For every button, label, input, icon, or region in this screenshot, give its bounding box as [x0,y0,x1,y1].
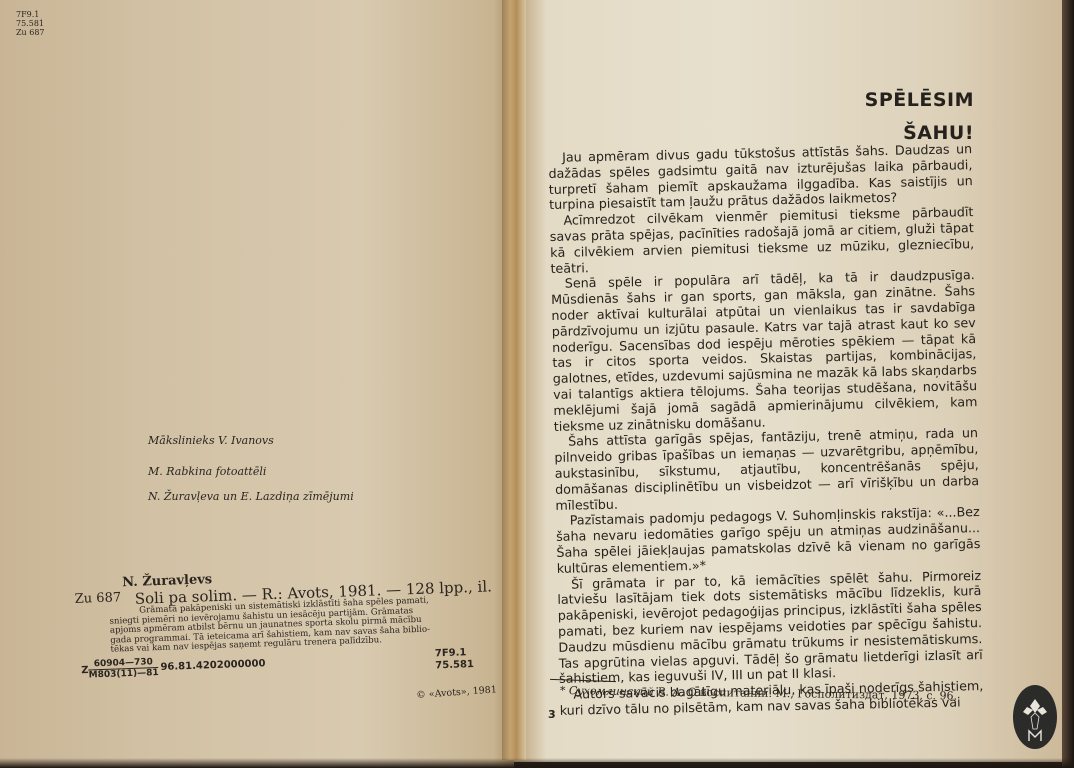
paragraph: Acīmredzot cilvēkam vienmēr piemitusi ti… [549,204,974,276]
photo-credit: M. Rabkina fotoattēli [148,465,266,478]
page-edge [1062,0,1074,768]
code-fraction: 60904—730M803(11)—81 [88,657,159,680]
call-number: 7F9.1 75.581 Zu 687 [16,10,45,37]
catalog-shelf-mark: Zu 687 [75,590,122,607]
footnote-author: * Сухомлинский В. А. [560,684,685,699]
bbk-line: 75.581 [435,659,474,672]
call-number-line: 75.581 [16,19,45,28]
paragraph: Šī grāmata ir par to, kā iemācīties spēl… [557,568,983,687]
code-index: 96.81.4202000000 [160,658,265,673]
chapter-heading: SPĒLĒSIM [865,89,974,111]
paragraph: Šahs attīsta garīgās spējas, fantāziju, … [554,425,980,513]
call-number-line: 7F9.1 [16,10,45,19]
bottom-shadow [0,758,1074,768]
catalog-bbk: 7F9.1 75.581 [435,647,474,672]
body-text: Jau apmēram divus gadu tūkstošus attīstā… [548,141,984,718]
artist-credit: Mākslinieks V. Ivanovs [148,434,274,447]
call-number-line: Zu 687 [16,28,45,37]
paragraph: Jau apmēram divus gadu tūkstošus attīstā… [548,141,973,213]
paragraph: Senā spēle ir populāra arī tādēļ, ka tā … [551,267,978,434]
book-spread: 7F9.1 75.581 Zu 687 Mākslinieks V. Ivano… [0,0,1074,768]
drawings-credit: N. Žuravļeva un E. Lazdiņa zīmējumi [148,490,354,503]
publisher-logo-icon [1013,685,1057,749]
paragraph: Pazīstamais padomju pedagogs V. Suhomļin… [556,504,981,576]
book-binding [502,0,526,760]
page-number: 3 [548,708,556,721]
